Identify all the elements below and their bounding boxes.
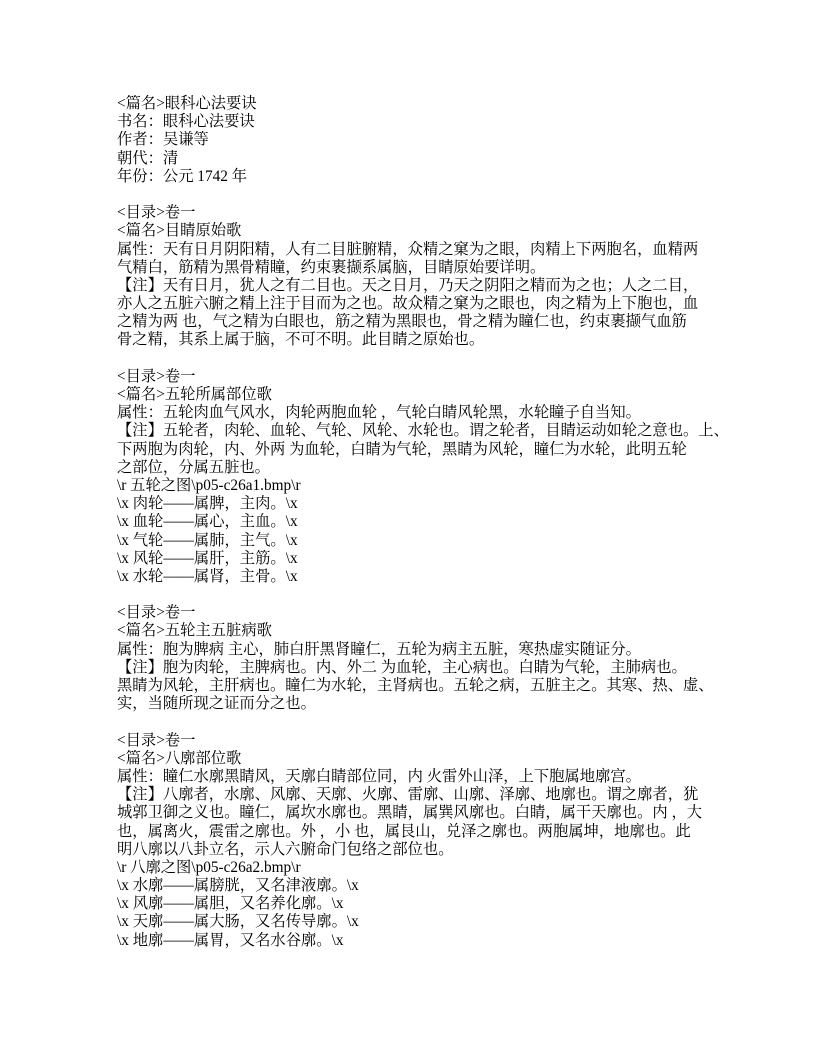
figure-ref-line: \r 八廓之图\p05-c26a2.bmp\r bbox=[117, 859, 729, 877]
figure-ref-line: \r 五轮之图\p05-c26a1.bmp\r bbox=[117, 477, 729, 495]
note-line: 【注】胞为肉轮，主脾病也。内、外二 为血轮，主心病也。白睛为气轮，主肺病也。 bbox=[117, 659, 729, 677]
list-item-line: \x 血轮——属心，主血。\x bbox=[117, 513, 729, 531]
year-line: 年份：公元 1742 年 bbox=[117, 168, 729, 186]
verse-line: 气精白，筋精为黑骨精瞳，约束裹撷系属脑，目睛原始要详明。 bbox=[117, 259, 729, 277]
toc-line: <目录>卷一 bbox=[117, 732, 729, 750]
author-line: 作者：吴谦等 bbox=[117, 131, 729, 149]
verse-line: 属性：五轮肉血气风水，肉轮两胞血轮 ，气轮白睛风轮黑，水轮瞳子自当知。 bbox=[117, 404, 729, 422]
blank-line bbox=[117, 586, 729, 604]
blank-line bbox=[117, 350, 729, 368]
section-title-line: <篇名>目睛原始歌 bbox=[117, 222, 729, 240]
section-wulun-zhu-wuzang-bing-ge: <目录>卷一 <篇名>五轮主五脏病歌 属性：胞为脾病 主心，肺白肝黑肾瞳仁，五轮… bbox=[117, 604, 729, 713]
list-item-line: \x 风廓——属胆，又名养化廓。\x bbox=[117, 895, 729, 913]
note-line: 明八廓以八卦立名，示人六腑命门包络之部位也。 bbox=[117, 841, 729, 859]
blank-line bbox=[117, 713, 729, 731]
verse-line: 属性：胞为脾病 主心，肺白肝黑肾瞳仁，五轮为病主五脏，寒热虚实随证分。 bbox=[117, 641, 729, 659]
verse-line: 属性：天有日月阴阳精，人有二目脏腑精，众精之窠为之眼，肉精上下两胞名，血精两 bbox=[117, 241, 729, 259]
note-line: 【注】八廓者，水廓、风廓、天廓、火廓、雷廓、山廓、泽廓、地廓也。谓之廓者，犹 bbox=[117, 786, 729, 804]
section-title-line: <篇名>五轮所属部位歌 bbox=[117, 386, 729, 404]
list-item-line: \x 地廓——属胃，又名水谷廓。\x bbox=[117, 932, 729, 950]
title-tag-line: <篇名>眼科心法要诀 bbox=[117, 95, 729, 113]
toc-line: <目录>卷一 bbox=[117, 368, 729, 386]
section-title-line: <篇名>五轮主五脏病歌 bbox=[117, 622, 729, 640]
note-line: 城郭卫御之义也。瞳仁，属坎水廓也。黑睛，属巽风廓也。白睛，属干天廓也。内 ，大 bbox=[117, 804, 729, 822]
toc-line: <目录>卷一 bbox=[117, 204, 729, 222]
note-line: 黑睛为风轮，主肝病也。瞳仁为水轮，主肾病也。五轮之病，五脏主之。其寒、热、虚、 bbox=[117, 677, 729, 695]
book-name-line: 书名：眼科心法要诀 bbox=[117, 113, 729, 131]
list-item-line: \x 水廓——属膀胱，又名津液廓。\x bbox=[117, 877, 729, 895]
note-line: 之精为两 也，气之精为白眼也，筋之精为黑眼也，骨之精为瞳仁也，约束裹撷气血筋 bbox=[117, 313, 729, 331]
list-item-line: \x 天廓——属大肠，又名传导廓。\x bbox=[117, 913, 729, 931]
verse-line: 属性：瞳仁水廓黑睛风，天廓白睛部位同，内 火雷外山泽，上下胞属地廓宫。 bbox=[117, 768, 729, 786]
note-line: 亦人之五脏六腑之精上注于目而为之也。故众精之窠为之眼也，肉之精为上下胞也，血 bbox=[117, 295, 729, 313]
note-line: 也，属离火，震雷之廓也。外 ，小 也，属艮山，兑泽之廓也。两胞属坤，地廓也。此 bbox=[117, 823, 729, 841]
list-item-line: \x 肉轮——属脾，主肉。\x bbox=[117, 495, 729, 513]
note-line: 之部位，分属五脏也。 bbox=[117, 459, 729, 477]
list-item-line: \x 气轮——属肺，主气。\x bbox=[117, 532, 729, 550]
document-text-block: <篇名>眼科心法要诀 书名：眼科心法要诀 作者：吴谦等 朝代：清 年份：公元 1… bbox=[117, 95, 729, 950]
blank-line bbox=[117, 186, 729, 204]
note-line: 下两胞为肉轮，内、外两 为血轮，白睛为气轮，黑睛为风轮，瞳仁为水轮，此明五轮 bbox=[117, 441, 729, 459]
section-bakuo-buwei-ge: <目录>卷一 <篇名>八廓部位歌 属性：瞳仁水廓黑睛风，天廓白睛部位同，内 火雷… bbox=[117, 732, 729, 950]
list-item-line: \x 水轮——属肾，主骨。\x bbox=[117, 568, 729, 586]
section-wulun-suoshu-buwei-ge: <目录>卷一 <篇名>五轮所属部位歌 属性：五轮肉血气风水，肉轮两胞血轮 ，气轮… bbox=[117, 368, 729, 586]
toc-line: <目录>卷一 bbox=[117, 604, 729, 622]
note-line: 【注】天有日月，犹人之有二目也。天之日月，乃天之阴阳之精而为之也；人之二目， bbox=[117, 277, 729, 295]
dynasty-line: 朝代：清 bbox=[117, 150, 729, 168]
note-line: 实，当随所现之证而分之也。 bbox=[117, 695, 729, 713]
section-mujing-yuanshi-ge: <目录>卷一 <篇名>目睛原始歌 属性：天有日月阴阳精，人有二目脏腑精，众精之窠… bbox=[117, 204, 729, 350]
document-header: <篇名>眼科心法要诀 书名：眼科心法要诀 作者：吴谦等 朝代：清 年份：公元 1… bbox=[117, 95, 729, 186]
section-title-line: <篇名>八廓部位歌 bbox=[117, 750, 729, 768]
note-line: 【注】五轮者，肉轮、血轮、气轮、风轮、水轮也。谓之轮者，目睛运动如轮之意也。上、 bbox=[117, 422, 729, 440]
list-item-line: \x 风轮——属肝，主筋。\x bbox=[117, 550, 729, 568]
note-line: 骨之精，其系上属于脑，不可不明。此目睛之原始也。 bbox=[117, 331, 729, 349]
